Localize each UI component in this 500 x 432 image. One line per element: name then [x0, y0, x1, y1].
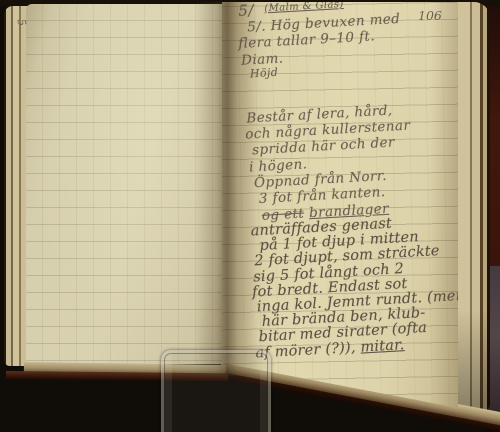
- left-page: [26, 4, 224, 364]
- entry-number: 5/: [238, 1, 254, 20]
- notebook-photo: 5 106 5/ (Malm & Glas) 5/. Hög bevuxen m…: [0, 0, 500, 432]
- book-clamp: [161, 350, 271, 432]
- handwriting-block: 5/ (Malm & Glas) 5/. Hög bevuxen med fle…: [236, 0, 470, 361]
- header-note: (Malm & Glas): [264, 0, 344, 14]
- underlined-text: mitar.: [360, 337, 405, 355]
- page-number: 106: [418, 8, 442, 23]
